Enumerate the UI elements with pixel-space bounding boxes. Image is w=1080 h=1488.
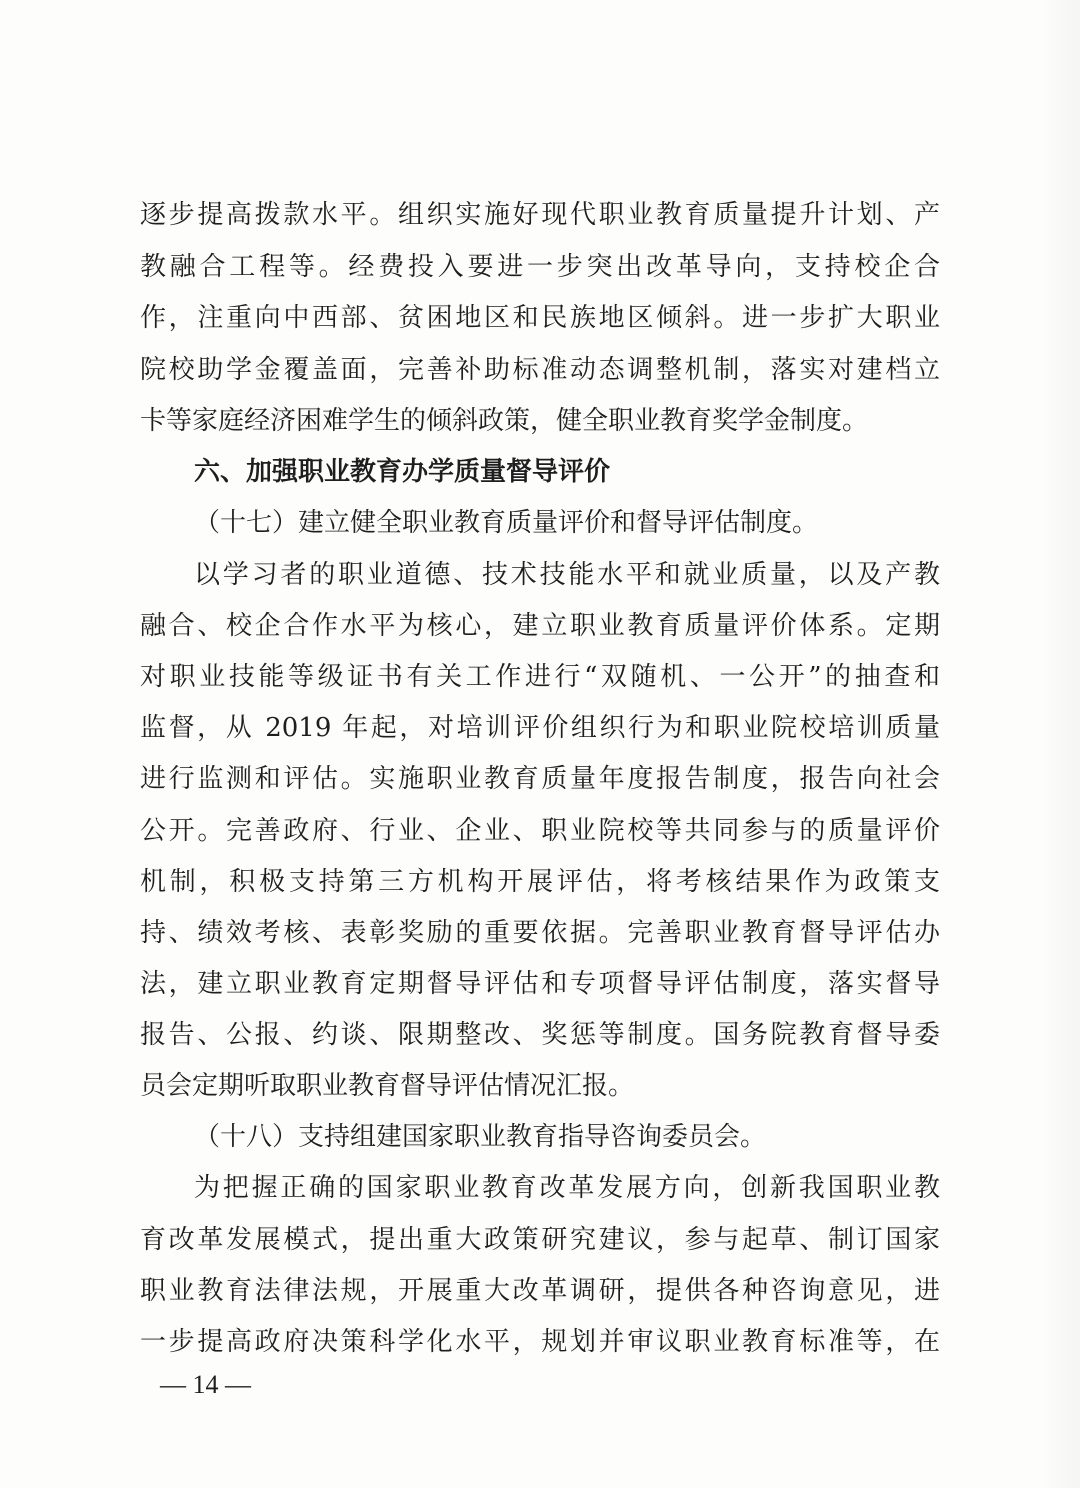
paragraph-line: 职业教育法律法规，开展重大改革调研，提供各种咨询意见，进 xyxy=(140,1274,940,1308)
paragraph-line: 报告、公报、约谈、限期整改、奖惩等制度。国务院教育督导委 xyxy=(140,1018,940,1052)
paragraph-line: 育改革发展模式，提出重大政策研究建议，参与起草、制订国家 xyxy=(140,1223,940,1257)
document-page: 逐步提高拨款水平。组织实施好现代职业教育质量提升计划、产 教融合工程等。经费投入… xyxy=(0,0,1080,1488)
page-number: — 14 — xyxy=(160,1368,251,1402)
paragraph-line: 卡等家庭经济困难学生的倾斜政策，健全职业教育奖学金制度。 xyxy=(140,404,940,438)
paragraph-line: 对职业技能等级证书有关工作进行“双随机、一公开”的抽查和 xyxy=(140,660,940,694)
paragraph-line: 院校助学金覆盖面，完善补助标准动态调整机制，落实对建档立 xyxy=(140,353,940,387)
paragraph-line: 公开。完善政府、行业、企业、职业院校等共同参与的质量评价 xyxy=(140,814,940,848)
paragraph-line: 教融合工程等。经费投入要进一步突出改革导向，支持校企合 xyxy=(140,250,940,284)
paragraph-line: 作，注重向中西部、贫困地区和民族地区倾斜。进一步扩大职业 xyxy=(140,301,940,335)
paragraph-line: 机制，积极支持第三方机构开展评估，将考核结果作为政策支 xyxy=(140,865,940,899)
paragraph-line: 持、绩效考核、表彰奖励的重要依据。完善职业教育督导评估办 xyxy=(140,916,940,950)
paragraph-line: 为把握正确的国家职业教育改革发展方向，创新我国职业教 xyxy=(194,1171,940,1205)
scan-edge-shadow xyxy=(1040,0,1080,1488)
paragraph-line: 以学习者的职业道德、技术技能水平和就业质量，以及产教 xyxy=(194,558,940,592)
subsection-title-18: （十八）支持组建国家职业教育指导咨询委员会。 xyxy=(194,1120,940,1154)
subsection-title-17: （十七）建立健全职业教育质量评价和督导评估制度。 xyxy=(194,506,940,540)
paragraph-line: 监督，从 2019 年起，对培训评价组织行为和职业院校培训质量 xyxy=(140,711,940,745)
paragraph-line: 逐步提高拨款水平。组织实施好现代职业教育质量提升计划、产 xyxy=(140,198,940,232)
paragraph-line: 融合、校企合作水平为核心，建立职业教育质量评价体系。定期 xyxy=(140,609,940,643)
paragraph-line: 进行监测和评估。实施职业教育质量年度报告制度，报告向社会 xyxy=(140,762,940,796)
section-heading: 六、加强职业教育办学质量督导评价 xyxy=(194,455,940,489)
paragraph-line: 法，建立职业教育定期督导评估和专项督导评估制度，落实督导 xyxy=(140,967,940,1001)
paragraph-line: 一步提高政府决策科学化水平，规划并审议职业教育标准等，在 xyxy=(140,1325,940,1359)
paragraph-line: 员会定期听取职业教育督导评估情况汇报。 xyxy=(140,1069,940,1103)
